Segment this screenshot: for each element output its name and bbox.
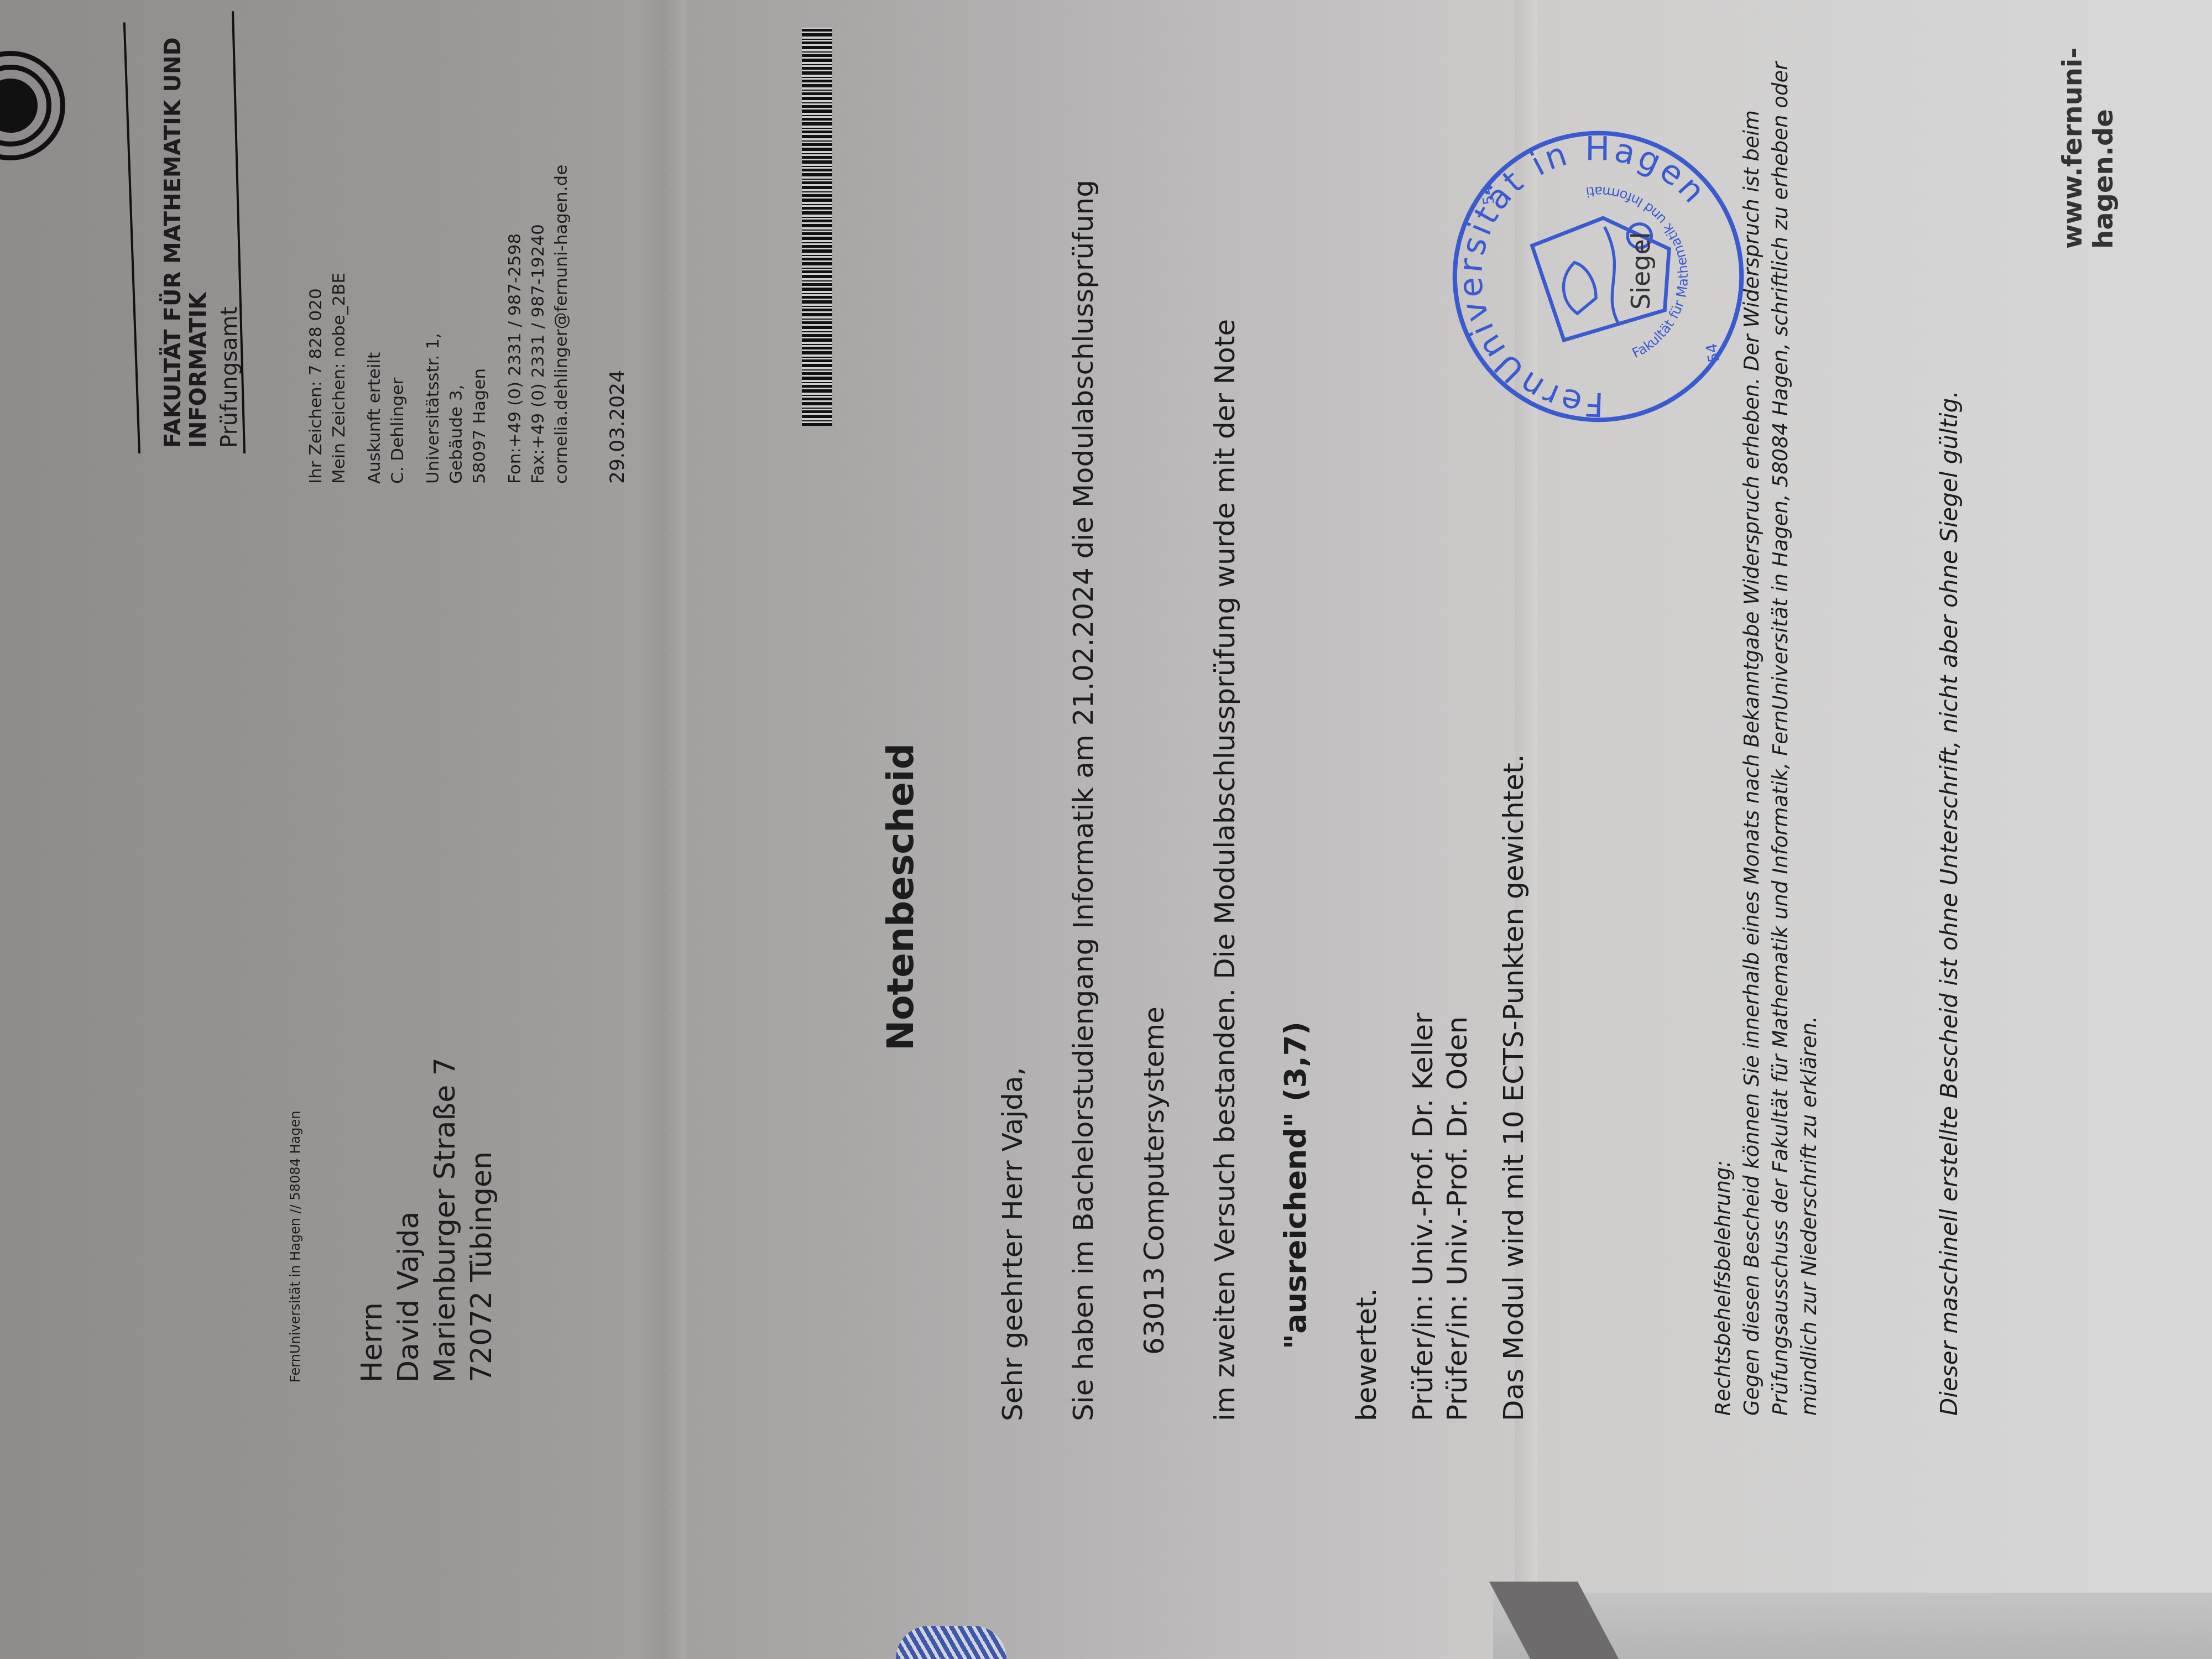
our-reference: Mein Zeichen: nobe_2BE (327, 165, 351, 484)
module-name: Computersysteme (1138, 1006, 1170, 1261)
recipient-salutation: Herrn (354, 1057, 390, 1383)
contact-name: C. Dehlinger (386, 165, 409, 484)
intro-text: Sie haben im Bachelorstudiengang Informa… (1066, 39, 1100, 1421)
fax-number: Fax:+49 (0) 2331 / 987-19240 (526, 165, 550, 484)
faculty-title: Fakultät für Mathematik und Informatik (160, 28, 211, 448)
photo-background: Fakultät für Mathematik und Informatik P… (0, 0, 2212, 1659)
reference-block: Ihr Zeichen: 7 828 020 Mein Zeichen: nob… (304, 165, 629, 484)
svg-text:54: 54 (1478, 185, 1498, 206)
greeting: Sehr geehrter Herr Vajda, (995, 39, 1030, 1421)
header-rule (123, 22, 140, 453)
sender-return-address: FernUniversität in Hagen // 58084 Hagen (288, 1111, 303, 1383)
barcode (802, 28, 832, 426)
office-city: 58097 Hagen (468, 165, 491, 484)
examiner: Prüfer/in: Univ.-Prof. Dr. Keller (1406, 39, 1440, 1421)
contact-email: cornelia.dehlinger@fernuni-hagen.de (550, 165, 573, 484)
recipient-address: Herrn David Vajda Marienburger Straße 7 … (354, 1057, 500, 1383)
recipient-street: Marienburger Straße 7 (427, 1057, 463, 1383)
phone-number: Fon:+49 (0) 2331 / 987-2598 (503, 165, 526, 484)
office-building: Gebäude 3, (445, 165, 468, 484)
document-title: Notenbescheid (879, 743, 922, 1051)
website-link[interactable]: www.fernuni-hagen.de (2057, 0, 2119, 249)
grade-notice-letter: Fakultät für Mathematik und Informatik P… (0, 0, 2212, 1659)
module-number: 63013 (1137, 1261, 1171, 1355)
result-text: im zweiten Versuch bestanden. Die Modula… (1208, 39, 1242, 1421)
validity-note: Dieser maschinell erstellte Bescheid ist… (1936, 390, 1963, 1416)
seal-label: Siegel (1626, 232, 1656, 310)
university-logo-icon (0, 55, 55, 166)
recipient-name: David Vajda (390, 1057, 427, 1383)
recipient-city: 72072 Tübingen (463, 1057, 500, 1383)
office-street: Universitätsstr. 1, (421, 165, 445, 484)
seal-icon: FernUniversität in Hagen Fakultät für Ma… (1425, 103, 1771, 450)
module-line: 63013Computersysteme (1137, 39, 1171, 1421)
letterhead-faculty: Fakultät für Mathematik und Informatik P… (160, 28, 242, 448)
grade-value: "ausreichend" (3,7) (1279, 39, 1313, 1421)
svg-text:54: 54 (1703, 342, 1723, 363)
legal-notice-line: mündlich zur Niederschrift zu erklären. (1795, 33, 1824, 1416)
your-reference: Ihr Zeichen: 7 828 020 (304, 165, 327, 484)
contact-label: Auskunft erteilt (363, 165, 386, 484)
letter-date: 29.03.2024 (606, 165, 629, 484)
official-seal-stamp: FernUniversität in Hagen Fakultät für Ma… (1425, 103, 1771, 450)
rated-text: bewertet. (1349, 39, 1384, 1421)
legal-notice-line: Prüfungsausschuss der Fakultät für Mathe… (1766, 33, 1795, 1416)
